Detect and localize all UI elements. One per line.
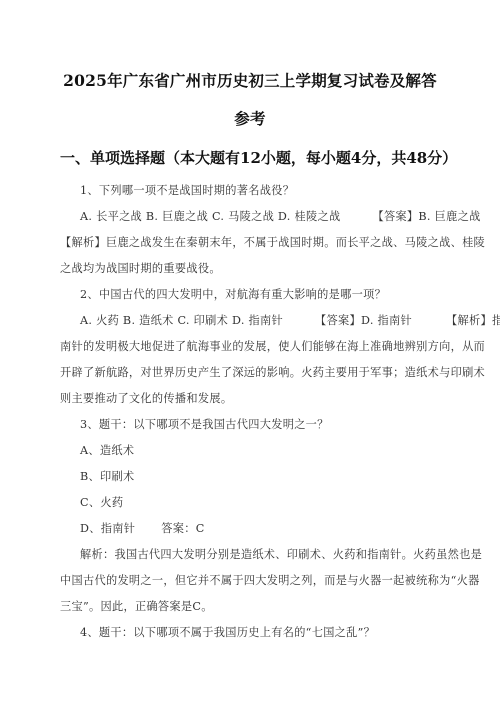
question-3-analysis-line: 中国古代的发明之一，但它并不属于四大发明之列，而是与火器一起被统称为“火器: [60, 572, 480, 588]
question-3-option-a: A、造纸术: [80, 442, 134, 458]
question-2-options: A. 火药 B. 造纸术 C. 印刷术 D. 指南针【答案】D. 指南针【解析】…: [80, 312, 500, 328]
question-3-answer: 答案：C: [161, 522, 204, 535]
question-2-options-text: A. 火药 B. 造纸术 C. 印刷术 D. 指南针: [80, 314, 283, 327]
question-1-analysis-line: 之战均为战国时期的重要战役。: [60, 260, 221, 276]
document-title-continued: 参考: [0, 107, 500, 129]
section-heading: 一、单项选择题（本大题有12小题，每小题4分，共48分）: [60, 147, 457, 168]
question-3-option-d-row: D、指南针答案：C: [80, 520, 205, 536]
question-3-option-d: D、指南针: [80, 522, 135, 535]
question-2-analysis-line: 南针的发明极大地促进了航海事业的发展，使人们能够在海上准确地辨别方向，从而: [60, 338, 485, 354]
question-1-options-text: A. 长平之战 B. 巨鹿之战 C. 马陵之战 D. 桂陵之战: [80, 210, 340, 223]
question-1-analysis-line: 【解析】巨鹿之战发生在秦朝末年，不属于战国时期。而长平之战、马陵之战、桂陵: [60, 234, 485, 250]
document-title: 2025年广东省广州市历史初三上学期复习试卷及解答: [0, 69, 500, 91]
question-1-answer: 【答案】B. 巨鹿之战: [372, 210, 480, 223]
question-2-stem: 2、中国古代的四大发明中，对航海有重大影响的是哪一项？: [80, 286, 386, 302]
question-1-stem: 1、下列哪一项不是战国时期的著名战役？: [80, 182, 294, 198]
question-1-options: A. 长平之战 B. 巨鹿之战 C. 马陵之战 D. 桂陵之战【答案】B. 巨鹿…: [80, 208, 481, 224]
question-3-option-b: B、印刷术: [80, 468, 134, 484]
question-3-analysis-line: 解析：我国古代四大发明分别是造纸术、印刷术、火药和指南针。火药虽然也是: [80, 546, 482, 562]
question-2-analysis-line: 开辟了新航路，对世界历史产生了深远的影响。火药主要用于军事；造纸术与印刷术: [60, 364, 485, 380]
question-3-analysis-line: 三宝”。因此，正确答案是C。: [60, 598, 213, 614]
question-2-analysis-line: 则主要推动了文化的传播和发展。: [60, 390, 232, 406]
question-2-analysis-head: 【解析】指: [446, 314, 500, 327]
question-3-stem: 3、题干：以下哪项不是我国古代四大发明之一？: [80, 416, 329, 432]
question-3-option-c: C、火药: [80, 494, 123, 510]
question-2-answer: 【答案】D. 指南针: [315, 314, 412, 327]
question-4-stem: 4、题干：以下哪项不属于我国历史上有名的“七国之乱”？: [80, 624, 375, 640]
